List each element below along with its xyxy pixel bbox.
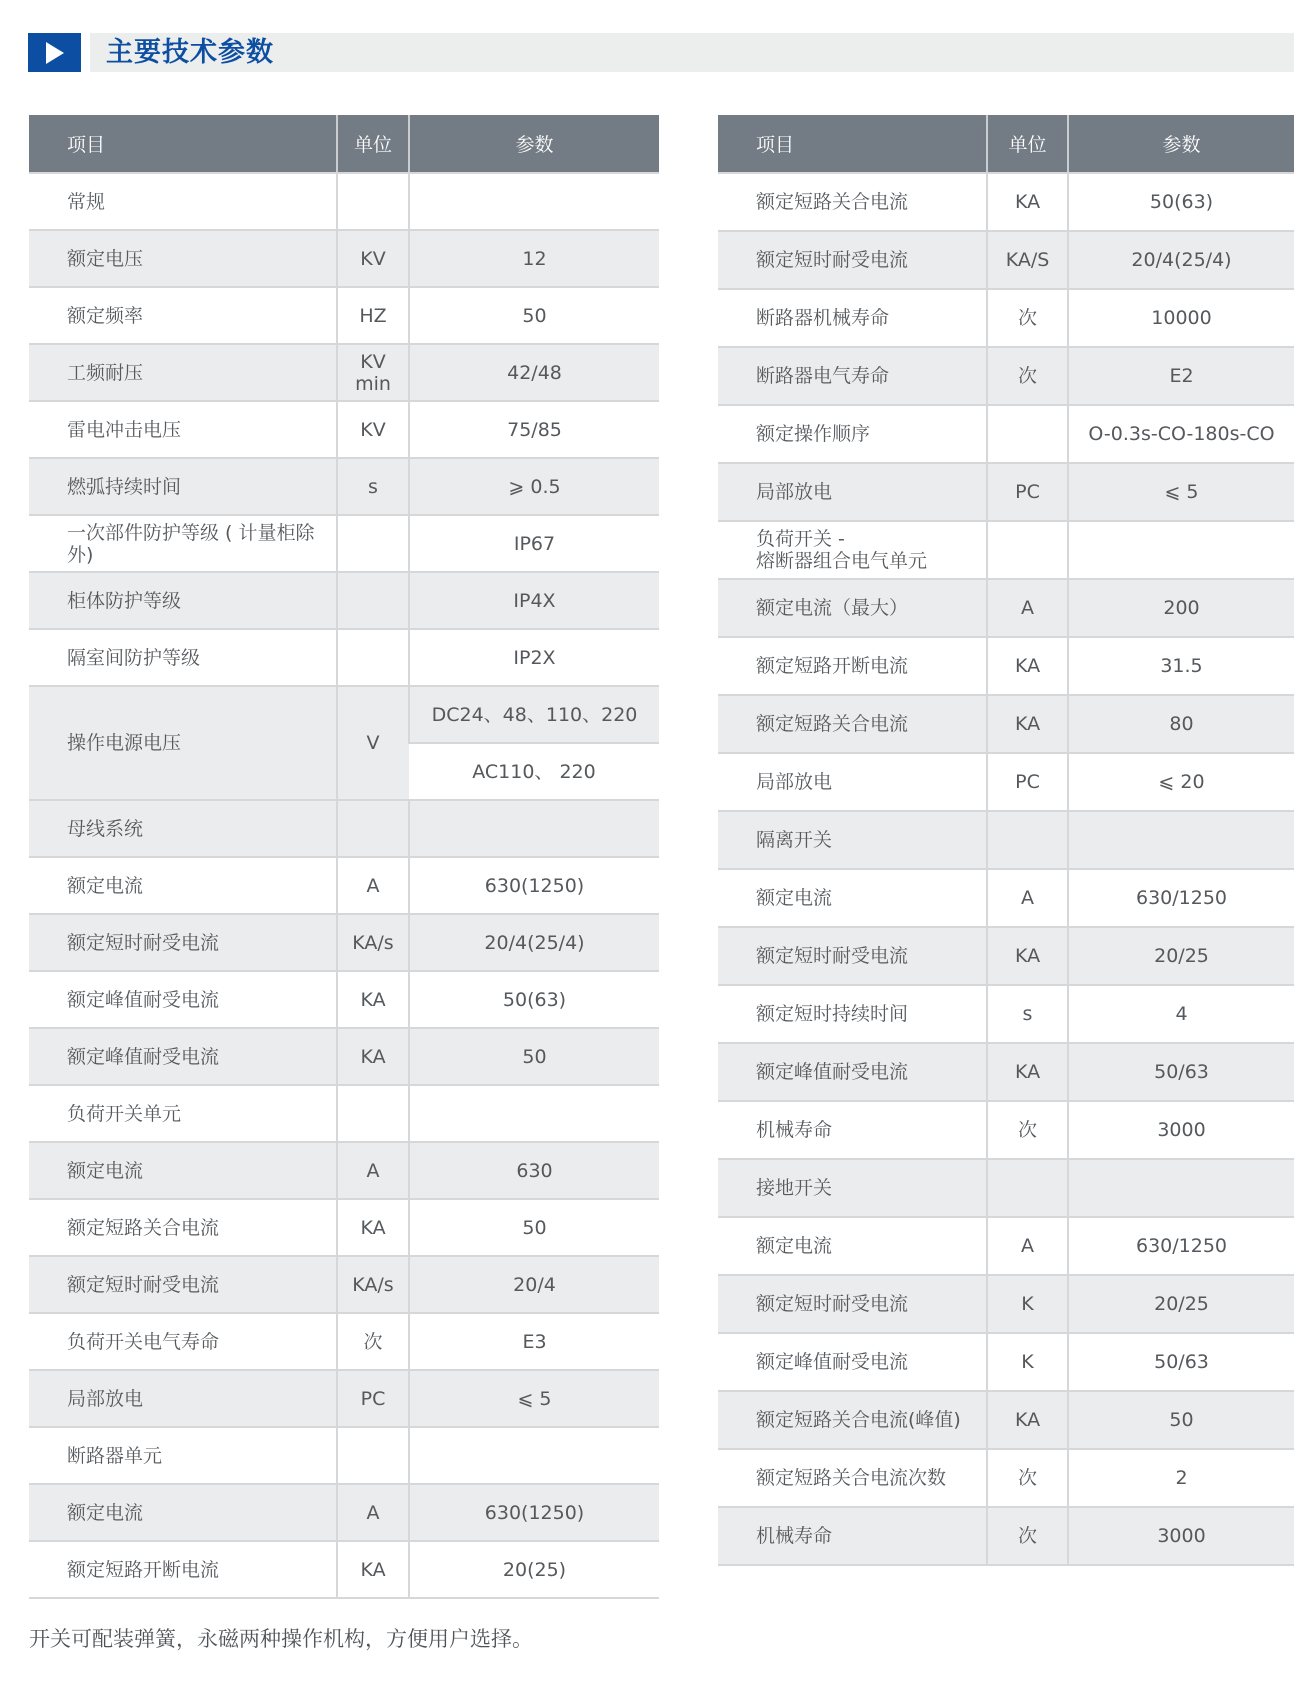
row-value: 31.5 xyxy=(1068,637,1294,695)
table-row: 额定短路关合电流KA50(63) xyxy=(718,173,1294,231)
row-unit: KA/s xyxy=(337,1256,409,1313)
row-item: 额定电流 xyxy=(29,1484,337,1541)
table-row: 母线系统 xyxy=(29,800,659,857)
header-value: 参数 xyxy=(1068,115,1294,173)
row-value: E3 xyxy=(409,1313,659,1370)
table-row: 一次部件防护等级 ( 计量柜除外)IP67 xyxy=(29,515,659,572)
row-unit: KA xyxy=(337,1028,409,1085)
row-unit: 次 xyxy=(987,1101,1068,1159)
table-row: 负荷开关 - 熔断器组合电气单元 xyxy=(718,521,1294,579)
row-unit xyxy=(337,173,409,230)
table-row: 负荷开关单元 xyxy=(29,1085,659,1142)
row-value: 630(1250) xyxy=(409,1484,659,1541)
table-row: 额定电流A630/1250 xyxy=(718,869,1294,927)
table-row: 雷电冲击电压KV75/85 xyxy=(29,401,659,458)
row-item: 接地开关 xyxy=(718,1159,987,1217)
row-unit xyxy=(337,1085,409,1142)
row-value: IP4X xyxy=(409,572,659,629)
row-item: 额定电流 xyxy=(29,857,337,914)
row-item: 额定峰值耐受电流 xyxy=(718,1333,987,1391)
row-value: ⩽ 5 xyxy=(409,1370,659,1427)
row-item: 机械寿命 xyxy=(718,1507,987,1565)
row-unit: KA xyxy=(987,173,1068,231)
row-value: 50 xyxy=(409,1199,659,1256)
table-row: 额定峰值耐受电流KA50 xyxy=(29,1028,659,1085)
header-unit: 单位 xyxy=(337,115,409,173)
table-row: 额定操作顺序O-0.3s-CO-180s-CO xyxy=(718,405,1294,463)
table-row: 机械寿命次3000 xyxy=(718,1101,1294,1159)
row-value: 50(63) xyxy=(409,971,659,1028)
row-unit: V xyxy=(337,686,409,800)
row-value: 50 xyxy=(409,1028,659,1085)
row-value xyxy=(409,1427,659,1484)
row-item: 额定短路关合电流(峰值) xyxy=(718,1391,987,1449)
table-row: 额定频率HZ50 xyxy=(29,287,659,344)
row-unit: K xyxy=(987,1275,1068,1333)
row-unit: 次 xyxy=(337,1313,409,1370)
table-row: 常规 xyxy=(29,173,659,230)
header-item: 项目 xyxy=(718,115,987,173)
table-row: 局部放电PC⩽ 20 xyxy=(718,753,1294,811)
row-unit: KV min xyxy=(337,344,409,401)
row-unit xyxy=(987,811,1068,869)
row-unit: KA xyxy=(337,971,409,1028)
row-unit: A xyxy=(337,1484,409,1541)
row-item: 额定电流 xyxy=(718,869,987,927)
table-row: 额定峰值耐受电流KA50(63) xyxy=(29,971,659,1028)
row-item: 额定短时持续时间 xyxy=(718,985,987,1043)
section-marker xyxy=(28,33,81,72)
row-value: O-0.3s-CO-180s-CO xyxy=(1068,405,1294,463)
table-row: 工频耐压KV min42/48 xyxy=(29,344,659,401)
table-row: 负荷开关电气寿命次E3 xyxy=(29,1313,659,1370)
row-item: 额定峰值耐受电流 xyxy=(29,971,337,1028)
row-value: 10000 xyxy=(1068,289,1294,347)
row-value: 20/4(25/4) xyxy=(1068,231,1294,289)
row-value xyxy=(409,173,659,230)
row-value: 200 xyxy=(1068,579,1294,637)
table-row: 额定短时耐受电流K20/25 xyxy=(718,1275,1294,1333)
header-unit: 单位 xyxy=(987,115,1068,173)
row-item: 额定短时耐受电流 xyxy=(29,1256,337,1313)
row-value: 20(25) xyxy=(409,1541,659,1598)
row-unit: 次 xyxy=(987,1507,1068,1565)
row-value: ⩽ 20 xyxy=(1068,753,1294,811)
row-unit xyxy=(987,405,1068,463)
row-unit: K xyxy=(987,1333,1068,1391)
table-row: 隔离开关 xyxy=(718,811,1294,869)
row-item: 额定峰值耐受电流 xyxy=(29,1028,337,1085)
row-item: 局部放电 xyxy=(718,463,987,521)
row-unit: KV xyxy=(337,401,409,458)
row-value: 50 xyxy=(1068,1391,1294,1449)
row-item: 机械寿命 xyxy=(718,1101,987,1159)
row-item: 负荷开关 - 熔断器组合电气单元 xyxy=(718,521,987,579)
row-item: 局部放电 xyxy=(29,1370,337,1427)
row-value: 630(1250) xyxy=(409,857,659,914)
spec-table-right: 项目 单位 参数 额定短路关合电流KA50(63)额定短时耐受电流KA/S20/… xyxy=(718,115,1294,1566)
row-item: 断路器单元 xyxy=(29,1427,337,1484)
row-value xyxy=(1068,811,1294,869)
row-value xyxy=(409,800,659,857)
table-row: 断路器电气寿命次E2 xyxy=(718,347,1294,405)
row-item: 断路器电气寿命 xyxy=(718,347,987,405)
table-row-operating-voltage: 操作电源电压VDC24、48、110、220 xyxy=(29,686,659,743)
row-value: E2 xyxy=(1068,347,1294,405)
row-unit: A xyxy=(337,857,409,914)
row-unit: KA xyxy=(987,637,1068,695)
row-item: 额定短路关合电流 xyxy=(29,1199,337,1256)
row-item: 局部放电 xyxy=(718,753,987,811)
row-value: 50/63 xyxy=(1068,1043,1294,1101)
table-row: 额定短时耐受电流KA20/25 xyxy=(718,927,1294,985)
row-value: 2 xyxy=(1068,1449,1294,1507)
row-unit xyxy=(337,1427,409,1484)
row-item: 工频耐压 xyxy=(29,344,337,401)
row-item: 一次部件防护等级 ( 计量柜除外) xyxy=(29,515,337,572)
row-value: 75/85 xyxy=(409,401,659,458)
table-row: 额定短路关合电流(峰值)KA50 xyxy=(718,1391,1294,1449)
row-unit: KA xyxy=(337,1199,409,1256)
row-unit xyxy=(337,572,409,629)
row-value: IP67 xyxy=(409,515,659,572)
row-value: 20/4(25/4) xyxy=(409,914,659,971)
table-row: 额定峰值耐受电流KA50/63 xyxy=(718,1043,1294,1101)
row-item: 额定短路开断电流 xyxy=(718,637,987,695)
header-value: 参数 xyxy=(409,115,659,173)
row-unit xyxy=(337,800,409,857)
row-unit: s xyxy=(987,985,1068,1043)
row-value: 50(63) xyxy=(1068,173,1294,231)
table-row: 断路器单元 xyxy=(29,1427,659,1484)
row-unit: A xyxy=(337,1142,409,1199)
row-item: 额定短时耐受电流 xyxy=(718,1275,987,1333)
row-item: 断路器机械寿命 xyxy=(718,289,987,347)
play-triangle-icon xyxy=(46,42,64,64)
row-item: 额定峰值耐受电流 xyxy=(718,1043,987,1101)
row-item: 额定短路关合电流 xyxy=(718,173,987,231)
row-item: 额定电流 xyxy=(718,1217,987,1275)
row-unit: KA xyxy=(337,1541,409,1598)
row-unit: 次 xyxy=(987,289,1068,347)
row-value: 20/25 xyxy=(1068,927,1294,985)
table-row: 额定峰值耐受电流K50/63 xyxy=(718,1333,1294,1391)
row-item: 额定短时耐受电流 xyxy=(29,914,337,971)
row-value: ⩾ 0.5 xyxy=(409,458,659,515)
row-value: ⩽ 5 xyxy=(1068,463,1294,521)
table-row: 额定短路关合电流KA80 xyxy=(718,695,1294,753)
row-unit xyxy=(337,515,409,572)
row-value xyxy=(1068,521,1294,579)
row-unit xyxy=(987,1159,1068,1217)
row-unit: KA/s xyxy=(337,914,409,971)
row-unit: KA xyxy=(987,1043,1068,1101)
row-unit: KV xyxy=(337,230,409,287)
row-unit xyxy=(337,629,409,686)
row-unit: 次 xyxy=(987,1449,1068,1507)
row-item: 额定频率 xyxy=(29,287,337,344)
row-value-dc: DC24、48、110、220 xyxy=(409,686,659,743)
row-unit: KA xyxy=(987,1391,1068,1449)
row-value: IP2X xyxy=(409,629,659,686)
row-value: 20/25 xyxy=(1068,1275,1294,1333)
row-item: 负荷开关电气寿命 xyxy=(29,1313,337,1370)
section-title: 主要技术参数 xyxy=(106,33,274,72)
row-unit: A xyxy=(987,579,1068,637)
row-value: 20/4 xyxy=(409,1256,659,1313)
row-item: 雷电冲击电压 xyxy=(29,401,337,458)
table-row: 断路器机械寿命次10000 xyxy=(718,289,1294,347)
row-item: 燃弧持续时间 xyxy=(29,458,337,515)
table-header-row: 项目 单位 参数 xyxy=(29,115,659,173)
table-row: 额定短路开断电流KA20(25) xyxy=(29,1541,659,1598)
row-unit: A xyxy=(987,869,1068,927)
row-value: 630/1250 xyxy=(1068,1217,1294,1275)
table-row: 额定短路关合电流KA50 xyxy=(29,1199,659,1256)
row-item: 额定短路关合电流次数 xyxy=(718,1449,987,1507)
row-unit: PC xyxy=(987,753,1068,811)
row-unit: KA/S xyxy=(987,231,1068,289)
table-row: 额定电流A630/1250 xyxy=(718,1217,1294,1275)
row-unit: PC xyxy=(987,463,1068,521)
row-item: 额定电压 xyxy=(29,230,337,287)
row-unit: KA xyxy=(987,927,1068,985)
table-row: 燃弧持续时间s⩾ 0.5 xyxy=(29,458,659,515)
row-unit: HZ xyxy=(337,287,409,344)
row-item: 操作电源电压 xyxy=(29,686,337,800)
row-value xyxy=(1068,1159,1294,1217)
table-row: 局部放电PC⩽ 5 xyxy=(29,1370,659,1427)
row-value: 630 xyxy=(409,1142,659,1199)
row-unit xyxy=(987,521,1068,579)
row-unit: A xyxy=(987,1217,1068,1275)
row-item: 额定短时耐受电流 xyxy=(718,231,987,289)
row-value: 3000 xyxy=(1068,1101,1294,1159)
row-item: 额定电流（最大） xyxy=(718,579,987,637)
row-unit: PC xyxy=(337,1370,409,1427)
row-value-ac: AC110、 220 xyxy=(409,743,659,800)
table-row: 柜体防护等级IP4X xyxy=(29,572,659,629)
row-item: 负荷开关单元 xyxy=(29,1085,337,1142)
table-row: 额定短时耐受电流KA/s20/4 xyxy=(29,1256,659,1313)
row-value: 12 xyxy=(409,230,659,287)
table-row: 额定短路关合电流次数次2 xyxy=(718,1449,1294,1507)
row-unit: 次 xyxy=(987,347,1068,405)
table-row: 额定电流A630(1250) xyxy=(29,857,659,914)
table-row: 额定电压KV12 xyxy=(29,230,659,287)
spec-table-left: 项目 单位 参数 常规额定电压KV12额定频率HZ50工频耐压KV min42/… xyxy=(29,115,659,1599)
table-header-row: 项目 单位 参数 xyxy=(718,115,1294,173)
row-item: 额定操作顺序 xyxy=(718,405,987,463)
row-item: 额定短路关合电流 xyxy=(718,695,987,753)
table-row: 额定短路开断电流KA31.5 xyxy=(718,637,1294,695)
row-item: 隔室间防护等级 xyxy=(29,629,337,686)
table-row: 局部放电PC⩽ 5 xyxy=(718,463,1294,521)
table-row: 额定电流A630 xyxy=(29,1142,659,1199)
row-value: 50/63 xyxy=(1068,1333,1294,1391)
table-row: 额定短时耐受电流KA/s20/4(25/4) xyxy=(29,914,659,971)
row-item: 隔离开关 xyxy=(718,811,987,869)
row-item: 额定短路开断电流 xyxy=(29,1541,337,1598)
row-value: 4 xyxy=(1068,985,1294,1043)
table-row: 接地开关 xyxy=(718,1159,1294,1217)
table-row: 机械寿命次3000 xyxy=(718,1507,1294,1565)
row-item: 母线系统 xyxy=(29,800,337,857)
footnote: 开关可配装弹簧，永磁两种操作机构，方便用户选择。 xyxy=(29,1624,533,1654)
row-value: 630/1250 xyxy=(1068,869,1294,927)
row-value: 42/48 xyxy=(409,344,659,401)
row-item: 柜体防护等级 xyxy=(29,572,337,629)
row-item: 额定短时耐受电流 xyxy=(718,927,987,985)
row-value xyxy=(409,1085,659,1142)
row-item: 常规 xyxy=(29,173,337,230)
row-unit: KA xyxy=(987,695,1068,753)
table-row: 隔室间防护等级IP2X xyxy=(29,629,659,686)
row-unit: s xyxy=(337,458,409,515)
row-value: 50 xyxy=(409,287,659,344)
table-row: 额定电流A630(1250) xyxy=(29,1484,659,1541)
row-value: 80 xyxy=(1068,695,1294,753)
row-value: 3000 xyxy=(1068,1507,1294,1565)
row-item: 额定电流 xyxy=(29,1142,337,1199)
header-item: 项目 xyxy=(29,115,337,173)
table-row: 额定短时耐受电流KA/S20/4(25/4) xyxy=(718,231,1294,289)
table-row: 额定短时持续时间s4 xyxy=(718,985,1294,1043)
table-row: 额定电流（最大）A200 xyxy=(718,579,1294,637)
